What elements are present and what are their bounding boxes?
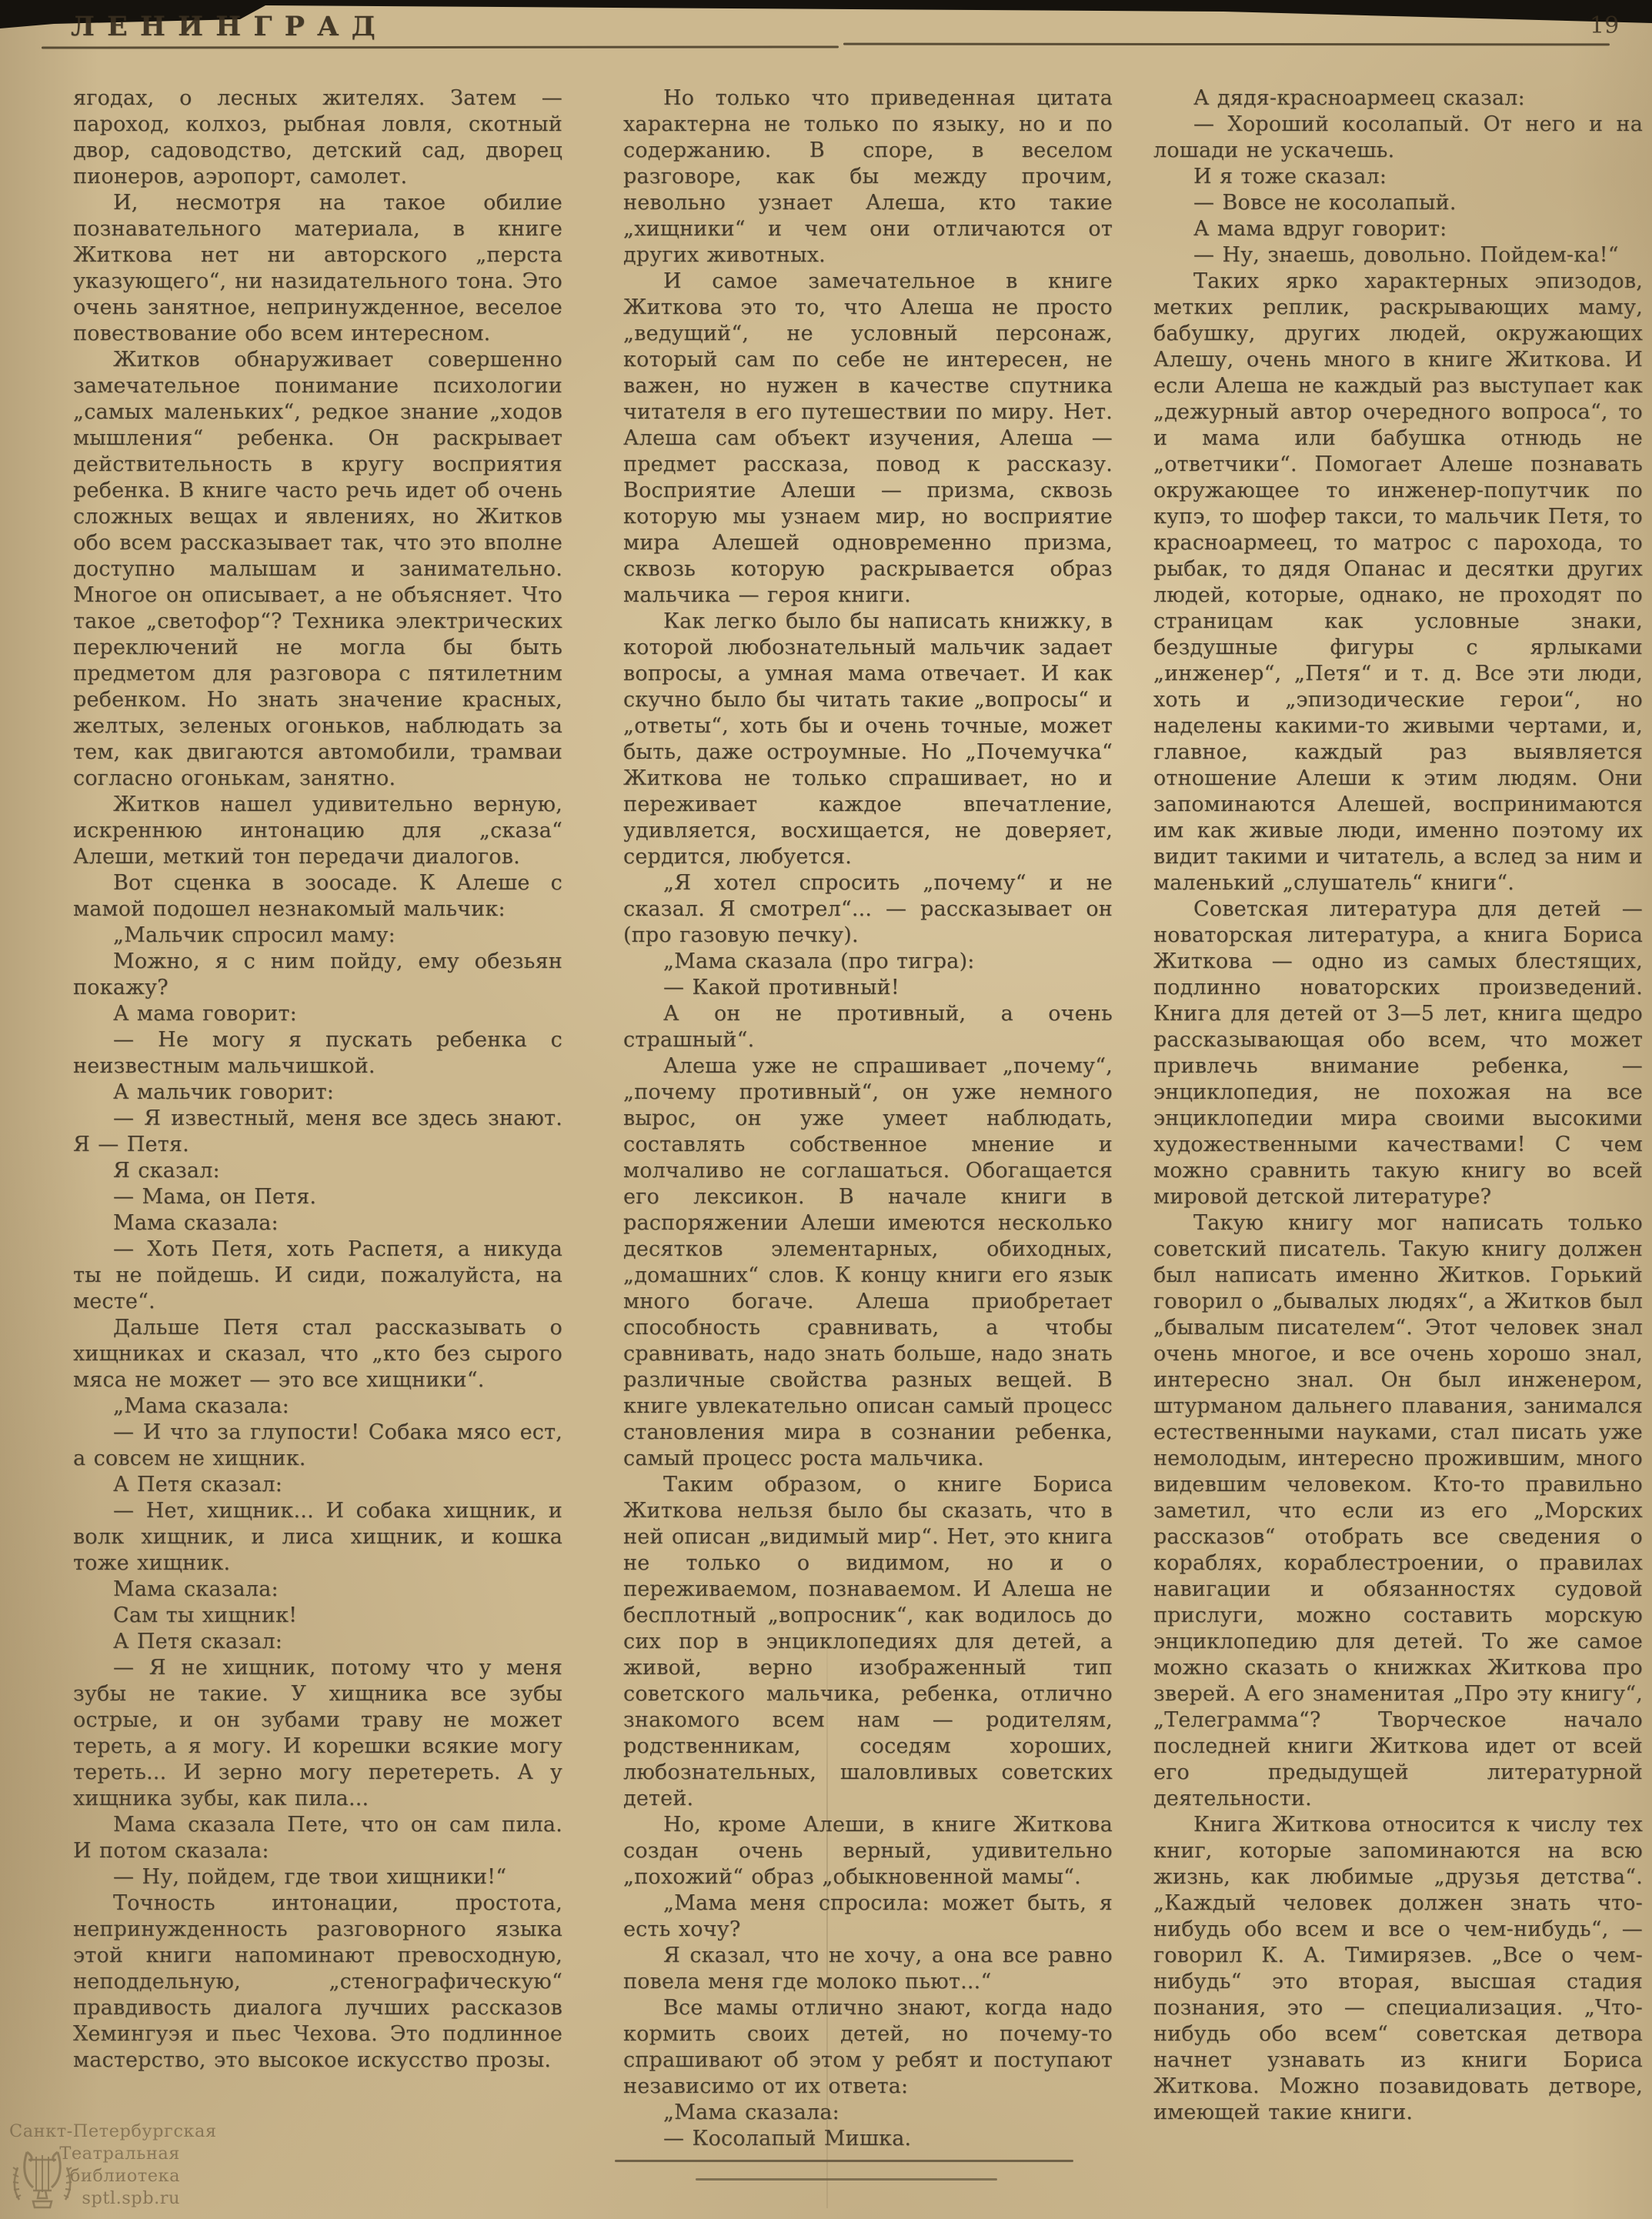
stamp-text: Санкт-Петербургская Театральная библиоте…: [9, 2121, 180, 2210]
paragraph: Вот сценка в зоосаде. К Алеше с мамой по…: [73, 870, 562, 923]
paragraph: Дальше Петя стал рассказывать о хищниках…: [73, 1315, 562, 1393]
paragraph: — Я не хищник, потому что у меня зубы не…: [73, 1655, 562, 1812]
paragraph: И самое замечательное в книге Житкова эт…: [623, 269, 1113, 609]
paragraph: — Мама, он Петя.: [73, 1184, 562, 1210]
paragraph: Можно, я с ним пойду, ему обезьян покажу…: [73, 949, 562, 1001]
paragraph: „Мальчик спросил маму:: [73, 923, 562, 949]
paragraph: Таким образом, о книге Бориса Житкова не…: [623, 1472, 1113, 1812]
text-column-1: ягодах, о лесных жителях. Затем — парохо…: [73, 85, 562, 2074]
paragraph: А Петя сказал:: [73, 1629, 562, 1655]
paragraph: — Я известный, меня все здесь знают. Я —…: [73, 1106, 562, 1158]
scanned-magazine-page: { "page": { "masthead": "ЛЕНИНГРАД", "pa…: [0, 0, 1652, 2219]
paragraph: „Мама сказала:: [623, 2100, 1113, 2126]
footer-rule-bottom: [696, 2178, 997, 2181]
paragraph: — Ну, знаешь, довольно. Пойдем-ка!“: [1153, 242, 1643, 269]
paragraph: Мама сказала:: [73, 1577, 562, 1603]
paragraph: А дядя-красноармеец сказал:: [1153, 85, 1643, 112]
masthead-title: ЛЕНИНГРАД: [71, 11, 388, 42]
paragraph: — И что за глупости! Собака мясо ест, а …: [73, 1420, 562, 1472]
paragraph: — Хоть Петя, хоть Распетя, а никуда ты н…: [73, 1236, 562, 1315]
paragraph: И, несмотря на такое обилие познавательн…: [73, 190, 562, 347]
paragraph: Как легко было бы написать книжку, в кот…: [623, 609, 1113, 870]
paragraph: „Мама сказала:: [73, 1393, 562, 1420]
paragraph: Житков обнаруживает совершенно замечател…: [73, 347, 562, 792]
paragraph: Мама сказала Пете, что он сам пила. И по…: [73, 1812, 562, 1864]
paragraph: „Я хотел спросить „почему“ и не сказал. …: [623, 870, 1113, 949]
paragraph: — Косолапый Мишка.: [623, 2126, 1113, 2152]
stamp-line: Театральная: [9, 2143, 180, 2165]
footer-rule-top: [615, 2160, 1073, 2162]
paragraph: Я сказал, что не хочу, а она все равно п…: [623, 1943, 1113, 1995]
library-stamp: Санкт-Петербургская Театральная библиоте…: [9, 2121, 180, 2213]
text-column-2: Но только что приведенная цитата характе…: [623, 85, 1113, 2152]
header-rule-left: [42, 45, 839, 48]
paragraph: А мама вдруг говорит:: [1153, 216, 1643, 242]
paragraph: Алеша уже не спрашивает „почему“, „почем…: [623, 1053, 1113, 1472]
paragraph: — Какой противный!: [623, 975, 1113, 1001]
paragraph: Точность интонации, простота, непринужде…: [73, 1890, 562, 2074]
paragraph: Но, кроме Алеши, в книге Житкова создан …: [623, 1812, 1113, 1890]
paragraph: Житков нашел удивительно верную, искренн…: [73, 792, 562, 870]
paragraph: — Хороший косолапый. От него и на лошади…: [1153, 112, 1643, 164]
header-rule-right: [843, 43, 1610, 46]
paragraph: А Петя сказал:: [73, 1472, 562, 1498]
paragraph: Но только что приведенная цитата характе…: [623, 85, 1113, 269]
stamp-line: библиотека: [9, 2165, 180, 2187]
paragraph: — Не могу я пускать ребенка с неизвестны…: [73, 1027, 562, 1079]
paragraph: „Мама меня спросила: может быть, я есть …: [623, 1890, 1113, 1943]
paragraph: А мальчик говорит:: [73, 1079, 562, 1106]
paragraph: Сам ты хищник!: [73, 1603, 562, 1629]
paragraph: — Вовсе не косолапый.: [1153, 190, 1643, 216]
paragraph: Таких ярко характерных эпизодов, метких …: [1153, 269, 1643, 896]
page-number: 19: [1590, 12, 1619, 39]
paragraph: А он не противный, а очень страшный“.: [623, 1001, 1113, 1053]
text-column-3: А дядя-красноармеец сказал:— Хороший кос…: [1153, 85, 1643, 2126]
paragraph: ягодах, о лесных жителях. Затем — парохо…: [73, 85, 562, 190]
paragraph: — Ну, пойдем, где твои хищники!“: [73, 1864, 562, 1890]
paragraph: А мама говорит:: [73, 1001, 562, 1027]
paragraph: Советская литература для детей — новатор…: [1153, 896, 1643, 1210]
paragraph: „Мама сказала (про тигра):: [623, 949, 1113, 975]
stamp-line: sptl.spb.ru: [9, 2187, 180, 2210]
paragraph: Все мамы отлично знают, когда надо корми…: [623, 1995, 1113, 2100]
paragraph: Книга Житкова относится к числу тех книг…: [1153, 1812, 1643, 2126]
stamp-line: Санкт-Петербургская: [9, 2121, 180, 2143]
paper-crease: [826, 1585, 828, 2208]
paragraph: Такую книгу мог написать только советски…: [1153, 1210, 1643, 1812]
paragraph: И я тоже сказал:: [1153, 164, 1643, 190]
paragraph: Мама сказала:: [73, 1210, 562, 1236]
paragraph: — Нет, хищник... И собака хищник, и волк…: [73, 1498, 562, 1577]
paragraph: Я сказал:: [73, 1158, 562, 1184]
